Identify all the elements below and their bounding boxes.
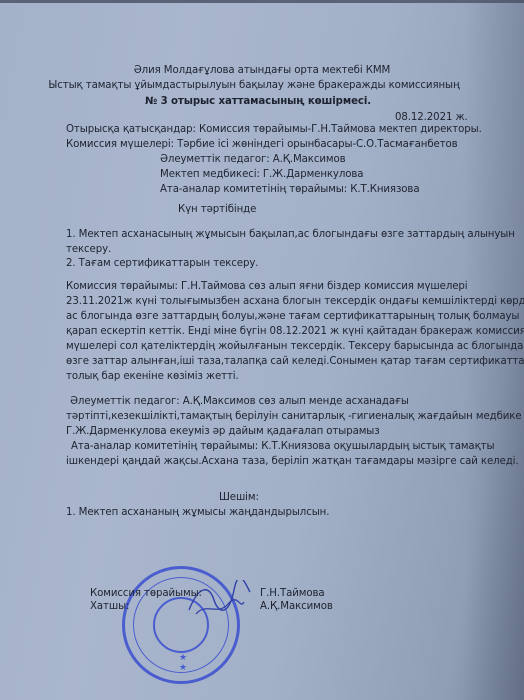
photo-edge — [0, 0, 524, 3]
decision-item-1: 1. Мектеп асхананың жұмысы жаңдандырылсы… — [66, 506, 329, 519]
members-line: Комиссия мүшелері: Тәрбие ісі жөніндегі … — [66, 138, 458, 151]
agenda-item-2: 2. Тағам сертификаттарын тексеру. — [66, 257, 258, 270]
paragraph-line: ішкендері қаңдай жақсы.Асхана таза, бері… — [66, 455, 519, 468]
secretary-signature-label: Хатшы: — [90, 600, 129, 613]
agenda-item-1: 1. Мектеп асханасының жұмысын бақылап,ас… — [66, 228, 515, 241]
commission-title: Ыстық тамақты ұйымдастырылуын бақылау жә… — [0, 79, 516, 92]
member-parent-chair: Ата-аналар комитетінің төрайымы: К.Т.Кни… — [160, 183, 419, 196]
paragraph-line: Г.Ж.Дарменкулова екеуміз әр дайым қадаға… — [66, 425, 380, 438]
school-name: Әлия Молдағұлова атындағы орта мектебі К… — [0, 64, 524, 77]
paragraph-line: толық бар екеніне көзіміз жетті. — [66, 370, 239, 383]
paragraph-line: Әлеуметтік педагог: А.Қ.Максимов сөз алы… — [70, 395, 409, 408]
paragraph-line: тәртіпті,кезекшілікті,тамақтың берілуін … — [66, 410, 522, 423]
paragraph-line: Ата-аналар комитетінің төрайымы: К.Т.Кни… — [71, 440, 494, 453]
agenda-item-1-cont: тексеру. — [66, 243, 111, 256]
chair-signature-label: Комиссия төрайымы: — [90, 587, 202, 600]
paragraph-line: ас блогында өзге заттардың болуы,және та… — [66, 310, 519, 323]
agenda-title: Күн тәртібінде — [178, 203, 256, 216]
paragraph-line: Комиссия төрайымы: Г.Н.Таймова сөз алып … — [66, 280, 468, 293]
signature-icon — [184, 580, 254, 620]
attendees-line: Отырысқа қатысқандар: Комиссия төрайымы-… — [66, 123, 482, 136]
paragraph-line: өзге заттар алынған,іші таза,талапқа сай… — [66, 355, 524, 368]
paragraph-line: 23.11.2021ж күні толығымызбен асхана бло… — [66, 295, 524, 308]
paragraph-line: мүшелері сол қателіктердің жойылғанын те… — [66, 340, 523, 353]
decision-title: Шешім: — [219, 491, 259, 504]
paragraph-line: қарап ескертіп кеттік. Енді міне бүгін 0… — [66, 325, 524, 338]
secretary-signature-name: А.Қ.Максимов — [260, 600, 333, 613]
protocol-title: № 3 отырыс хаттамасының көшірмесі. — [0, 95, 520, 108]
member-nurse: Мектеп медбикесі: Г.Ж.Дарменкулова — [160, 168, 363, 181]
member-social-pedagogue: Әлеуметтік педагог: А.Қ.Максимов — [160, 153, 346, 166]
chair-signature-name: Г.Н.Таймова — [260, 587, 325, 600]
